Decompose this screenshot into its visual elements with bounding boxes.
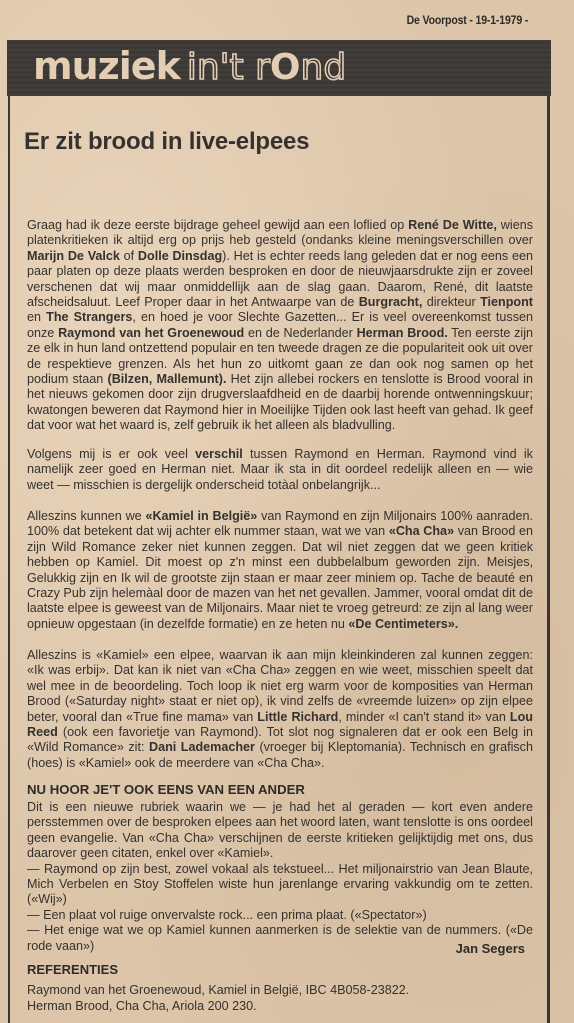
paragraph-3: Alleszins kunnen we «Kamiel in België» v… — [27, 509, 533, 632]
logo-outline-o: O — [270, 47, 301, 88]
references-list: Raymond van het Groenewoud, Kamiel in Be… — [27, 982, 409, 1014]
logo-solid-text: muziek — [33, 44, 180, 88]
article-headline: Er zit brood in live-elpees — [24, 128, 309, 156]
logo-outline-pre: in't r — [187, 47, 270, 88]
paragraph-1: Graag had ik deze eerste bijdrage geheel… — [27, 218, 533, 434]
section-heading-other-voices: NU HOOR JE'T OOK EENS VAN EEN ANDER — [27, 782, 305, 797]
quote-wij: — Raymond op zijn best, zowel vokaal als… — [27, 862, 533, 908]
other-voices-section: Dit is een nieuwe rubriek waarin we — je… — [27, 800, 533, 954]
quote-spectator: — Een plaat vol ruige onvervalste rock..… — [27, 908, 533, 923]
paragraph-text: Alleszins kunnen we «Kamiel in België» v… — [27, 509, 533, 632]
reference-item: Raymond van het Groenewoud, Kamiel in Be… — [27, 982, 409, 998]
newspaper-source-date: De Voorpost - 19-1-1979 - — [406, 13, 528, 27]
column-banner: muziek in't rOnd — [7, 40, 551, 96]
paragraph-text: Alleszins is «Kamiel» een elpee, waarvan… — [27, 648, 533, 771]
column-logo: muziek in't rOnd — [33, 44, 346, 90]
paragraph-text: Volgens mij is er ook veel verschil tuss… — [27, 447, 533, 493]
logo-outline-post: nd — [301, 47, 347, 88]
references-heading: REFERENTIES — [27, 962, 118, 977]
paragraph-4: Alleszins is «Kamiel» een elpee, waarvan… — [27, 648, 533, 771]
reference-item: Herman Brood, Cha Cha, Ariola 200 230. — [27, 998, 409, 1014]
paragraph-2: Volgens mij is er ook veel verschil tuss… — [27, 447, 533, 493]
logo-outline-text: in't rOnd — [187, 47, 346, 88]
other-voices-intro: Dit is een nieuwe rubriek waarin we — je… — [27, 800, 533, 862]
paragraph-text: Graag had ik deze eerste bijdrage geheel… — [27, 218, 533, 434]
author-signature: Jan Segers — [456, 941, 525, 956]
